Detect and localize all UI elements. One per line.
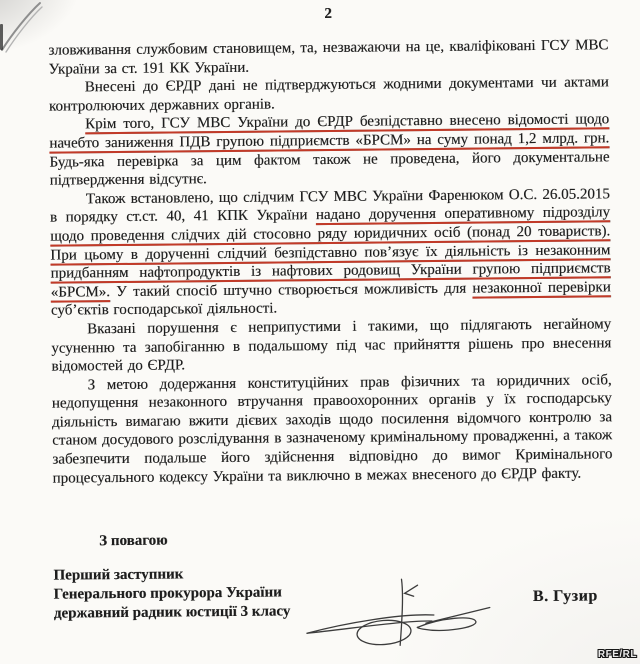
body-text-segment: Внесені до ЄРДР дані не підтверджуються … (49, 74, 609, 114)
signature-scribble (303, 575, 494, 653)
signature-block: Перший заступникГенерального прокурора У… (53, 562, 614, 663)
page-edge-shadow (0, 24, 3, 50)
body-text-segment: Вказані порушення є неприпустими і таким… (51, 316, 611, 375)
signer-name: В. Гузир (533, 588, 598, 607)
paragraph: зловживання службовим становищем, та, не… (48, 36, 608, 79)
closing-salutation: З повагою (99, 529, 613, 551)
paragraph: Також встановлено, що слідчим ГСУ МВС Ук… (50, 185, 611, 321)
paragraph: Вказані порушення є неприпустими і таким… (51, 315, 612, 376)
document-body: зловживання службовим становищем, та, не… (48, 36, 612, 488)
red-underlined-text: Крім того, ГСУ МВС України до ЄРДР безпі… (49, 112, 609, 152)
corner-pen-mark (0, 0, 50, 56)
red-underlined-text: незаконної перевірки (472, 279, 611, 296)
document-content: 2 зловживання службовим становищем, та, … (48, 3, 614, 663)
body-text-segment: Будь-яка перевірка за цим фактом також н… (49, 149, 609, 189)
paragraph: Внесені до ЄРДР дані не підтверджуються … (49, 73, 609, 116)
body-text-segment: У такий спосіб штучно створюється можлив… (110, 280, 473, 299)
paragraph: Крім того, ГСУ МВС України до ЄРДР безпі… (49, 111, 610, 191)
rferl-watermark: RFE/RL (598, 649, 637, 660)
page-number: 2 (48, 3, 608, 25)
body-text-segment: З метою додержання конституційних прав ф… (52, 372, 613, 486)
body-text-segment: суб’єктів господарської діяльності. (51, 301, 277, 319)
paragraph: З метою додержання конституційних прав ф… (52, 371, 613, 488)
body-text-segment: зловживання службовим становищем, та, не… (48, 37, 608, 77)
scanned-document-page: 2 зловживання службовим становищем, та, … (0, 0, 640, 664)
